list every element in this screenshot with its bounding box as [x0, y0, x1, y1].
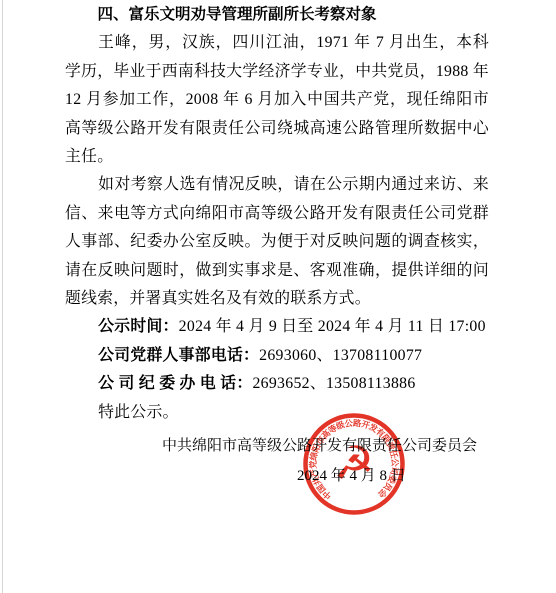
hr-phone-value: 2693060、13708110077 — [259, 347, 422, 364]
closing-statement: 特此公示。 — [65, 399, 489, 427]
notice-line-hr-phone: 公司党群人事部电话：2693060、13708110077 — [65, 342, 489, 370]
page-left-edge-line — [2, 0, 3, 593]
section-heading: 四、富乐文明劝导管理所副所长考察对象 — [65, 1, 489, 29]
hammer-sickle-icon: ☭ — [333, 436, 374, 490]
document-body: 四、富乐文明劝导管理所副所长考察对象 王峰，男，汉族，四川江油，1971 年 7… — [65, 1, 489, 427]
seal-graphic: 中国共产党绵阳市高等级公路开发有限责任公司委员会 ☭ — [301, 411, 407, 517]
party-committee-seal: 中国共产党绵阳市高等级公路开发有限责任公司委员会 ☭ — [301, 411, 407, 517]
notice-line-discipline-phone: 公 司 纪 委 办 电 话：2693652、13508113886 — [65, 370, 489, 398]
discipline-phone-label: 公 司 纪 委 办 电 话： — [98, 375, 252, 392]
public-period-label: 公示时间： — [98, 318, 179, 335]
paragraph-feedback-instructions: 如对考察人选有情况反映，请在公示期内通过来访、来信、来电等方式向绵阳市高等级公路… — [65, 171, 489, 313]
notice-line-public-period: 公示时间：2024 年 4 月 9 日至 2024 年 4 月 11 日 17:… — [65, 313, 489, 341]
announcement-page: 四、富乐文明劝导管理所副所长考察对象 王峰，男，汉族，四川江油，1971 年 7… — [0, 0, 556, 593]
public-period-value: 2024 年 4 月 9 日至 2024 年 4 月 11 日 17:00 — [179, 318, 486, 335]
discipline-phone-value: 2693652、13508113886 — [252, 375, 415, 392]
paragraph-candidate-profile: 王峰，男，汉族，四川江油，1971 年 7 月出生，本科学历，毕业于西南科技大学… — [65, 29, 489, 171]
hr-phone-label: 公司党群人事部电话： — [98, 347, 259, 364]
